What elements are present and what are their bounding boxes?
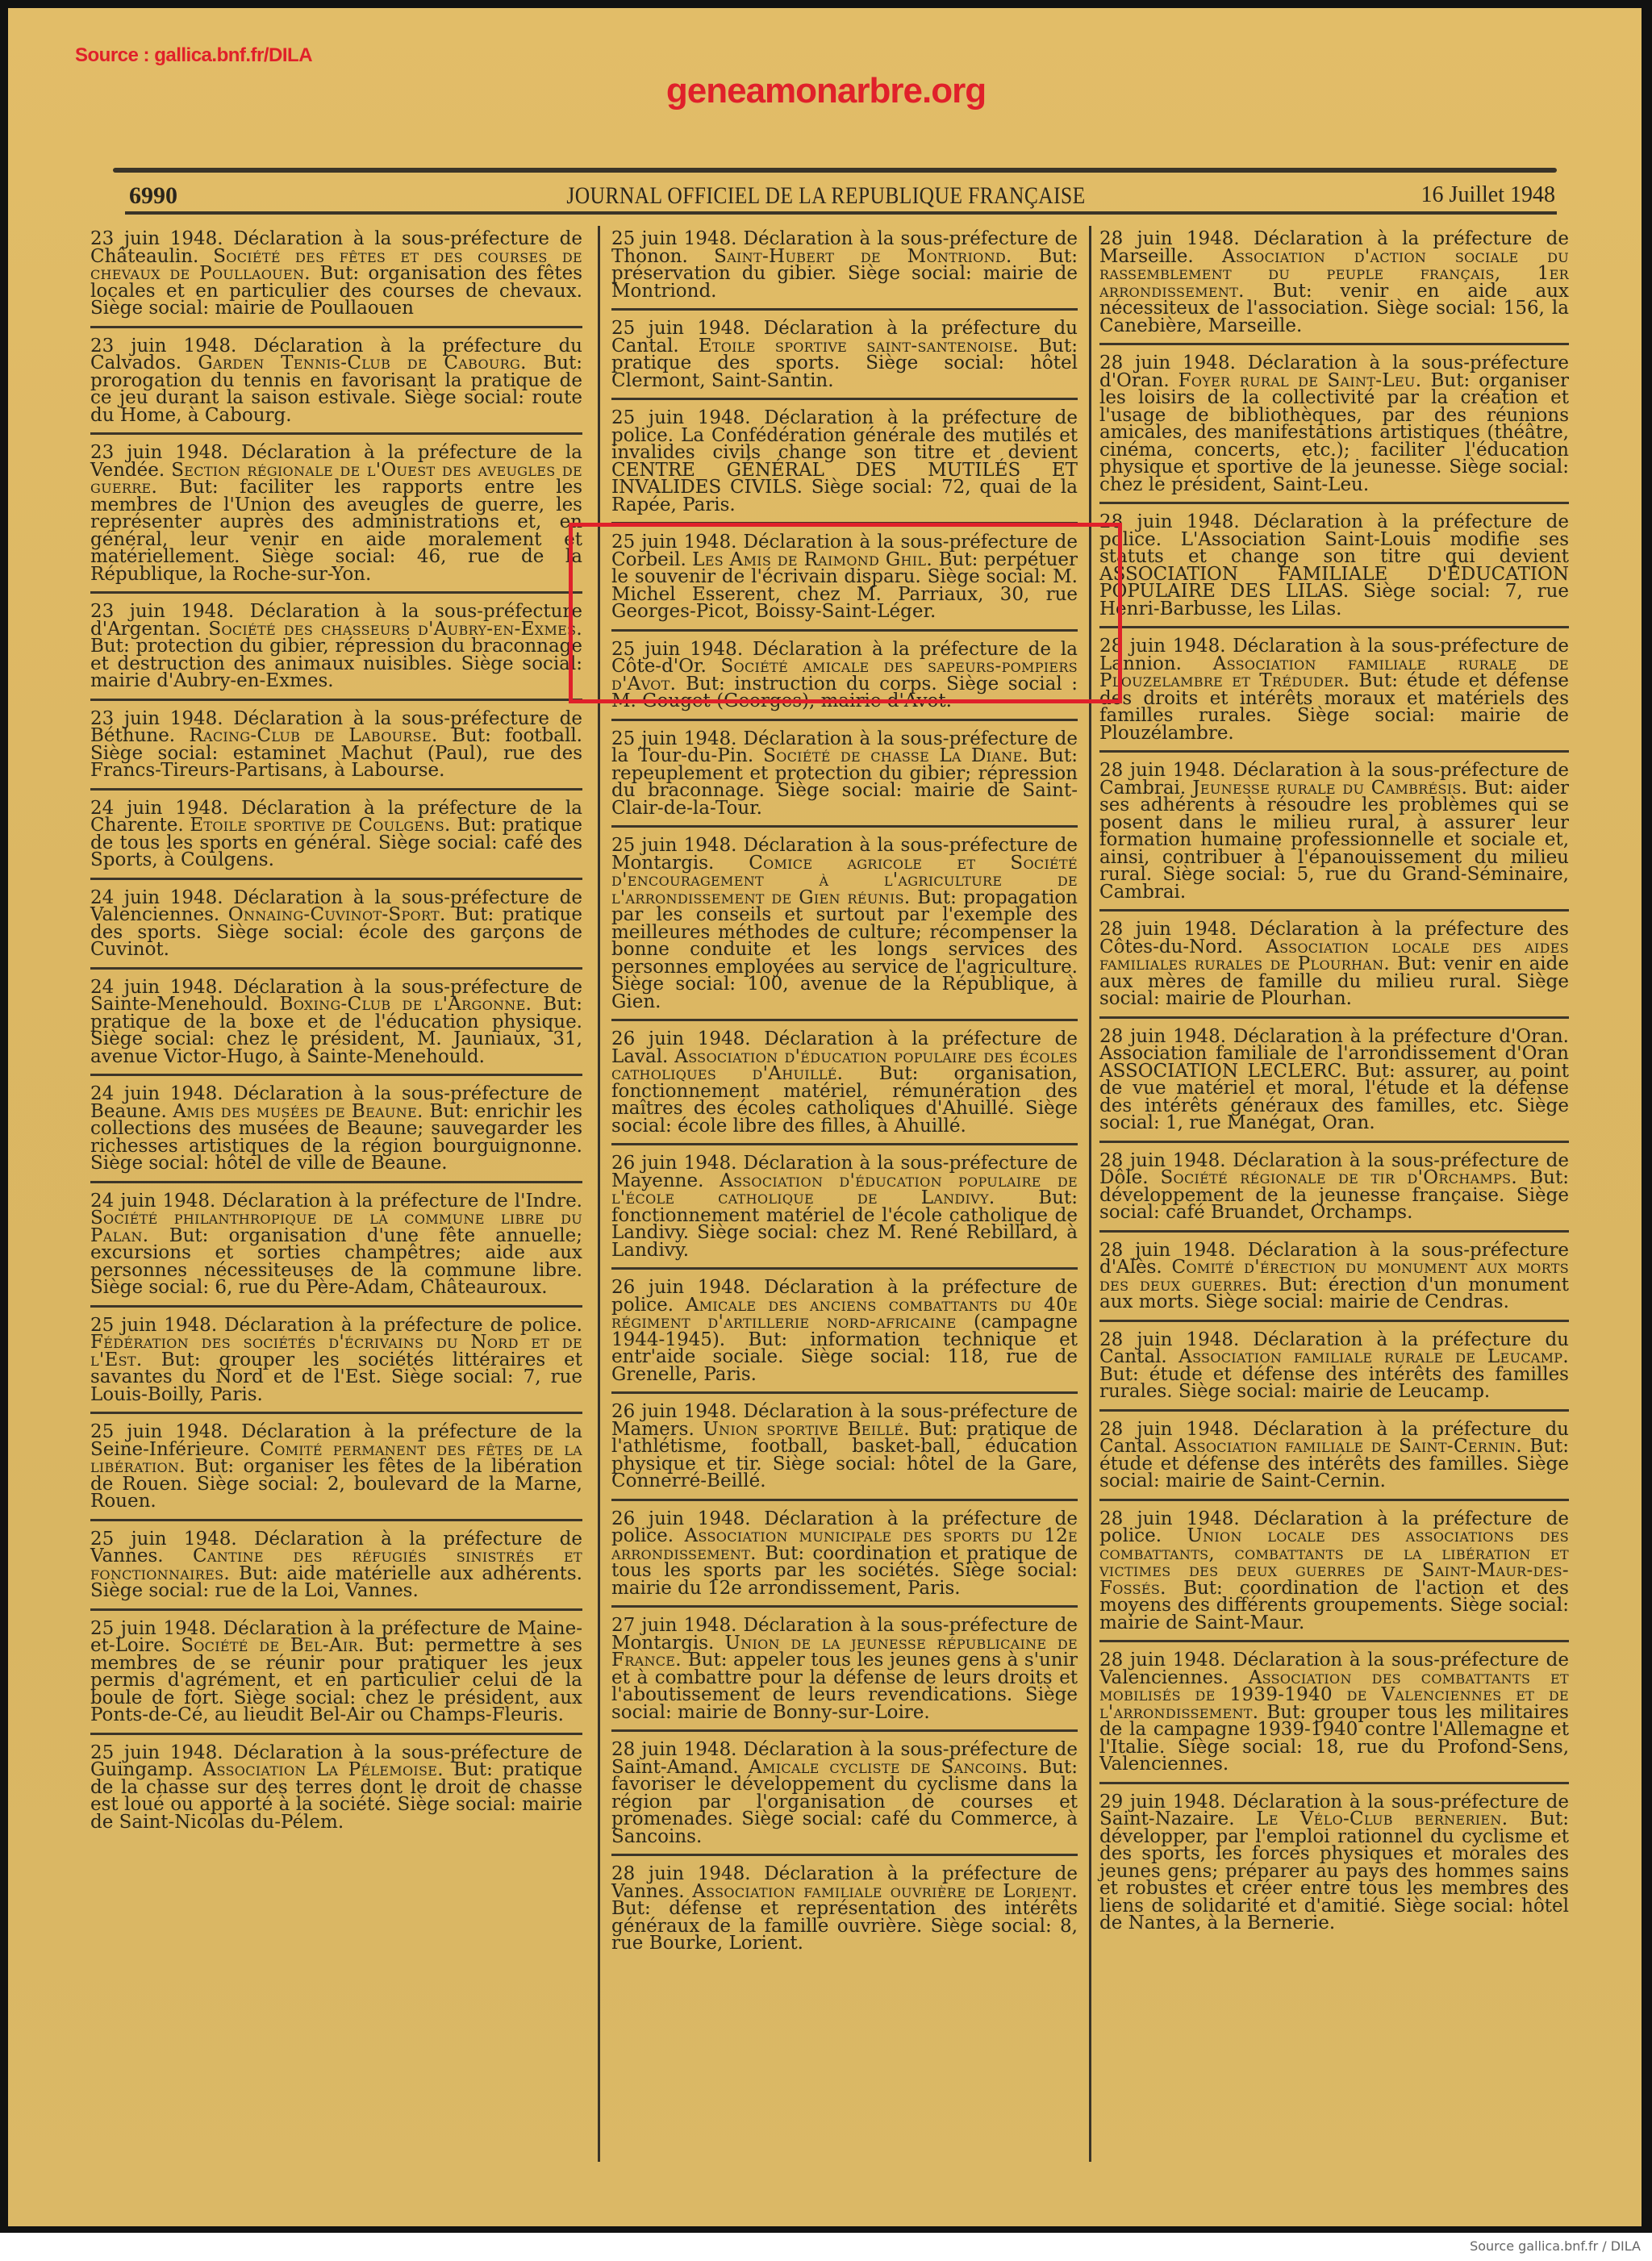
association-entry: 23 juin 1948. Déclaration à la préfectur… — [90, 335, 582, 436]
column-3: 28 juin 1948. Déclaration à la préfectur… — [1099, 227, 1569, 1947]
association-entry: 26 juin 1948. Déclaration à la sous-préf… — [611, 1400, 1078, 1501]
footer-credit: Source gallica.bnf.fr / DILA — [1470, 2238, 1641, 2254]
entry-purpose-and-seat: But: protection du gibier, répression du… — [90, 636, 582, 691]
association-entry: 28 juin 1948. Déclaration à la sous-préf… — [1099, 759, 1569, 911]
association-entry: 28 juin 1948. Déclaration à la sous-préf… — [1099, 1649, 1569, 1784]
association-entry: 28 juin 1948. Déclaration à la préfectur… — [1099, 1329, 1569, 1412]
highlight-box — [569, 523, 1122, 703]
entry-purpose-and-seat: But: grouper les sociétés littéraires et… — [90, 1350, 582, 1405]
association-entry: 28 juin 1948. Déclaration à la sous-préf… — [1099, 1239, 1569, 1322]
association-entry: 25 juin 1948. Déclaration à la sous-préf… — [611, 728, 1078, 828]
association-entry: 24 juin 1948. Déclaration à la sous-préf… — [90, 886, 582, 970]
association-entry: 24 juin 1948. Déclaration à la préfectur… — [90, 797, 582, 880]
entry-purpose-and-seat: But: étude et défense des intérêts des f… — [1099, 1364, 1569, 1403]
association-entry: 25 juin 1948. Déclaration à la préfectur… — [90, 1420, 582, 1521]
association-entry: 25 juin 1948. Déclaration à la préfectur… — [611, 407, 1078, 524]
association-entry: 25 juin 1948. Déclaration à la préfectur… — [611, 317, 1078, 400]
column-2: 25 juin 1948. Déclaration à la sous-préf… — [611, 227, 1078, 1967]
association-entry: 28 juin 1948. Déclaration à la sous-préf… — [1099, 1149, 1569, 1233]
association-entry: 23 juin 1948. Déclaration à la sous-préf… — [90, 707, 582, 791]
header-rule-top — [113, 168, 1557, 173]
association-entry: 26 juin 1948. Déclaration à la préfectur… — [611, 1028, 1078, 1145]
issue-date: 16 Juillet 1948 — [1421, 182, 1555, 208]
association-entry: 28 juin 1948. Déclaration à la préfectur… — [611, 1863, 1078, 1961]
association-entry: 25 juin 1948. Déclaration à la préfectur… — [90, 1314, 582, 1415]
watermark-source: Source : gallica.bnf.fr/DILA — [75, 44, 312, 67]
association-entry: 29 juin 1948. Déclaration à la sous-préf… — [1099, 1791, 1569, 1941]
association-entry: 25 juin 1948. Déclaration à la sous-préf… — [611, 834, 1078, 1021]
association-entry: 28 juin 1948. Déclaration à la sous-préf… — [1099, 352, 1569, 504]
association-entry: 28 juin 1948. Déclaration à la sous-préf… — [611, 1738, 1078, 1856]
association-entry: 25 juin 1948. Déclaration à la préfectur… — [90, 1617, 582, 1735]
association-entry: 28 juin 1948. Déclaration à la préfectur… — [1099, 1418, 1569, 1501]
association-entry: 23 juin 1948. Déclaration à la sous-préf… — [90, 600, 582, 701]
column-divider — [598, 226, 600, 2162]
association-entry: 24 juin 1948. Déclaration à la préfectur… — [90, 1190, 582, 1308]
association-entry: 24 juin 1948. Déclaration à la sous-préf… — [90, 1083, 582, 1183]
entry-purpose-and-seat: But: aider ses adhérents à résoudre les … — [1099, 778, 1569, 903]
association-entry: 28 juin 1948. Déclaration à la sous-préf… — [1099, 635, 1569, 753]
association-entry: 25 juin 1948. Déclaration à la préfectur… — [90, 1528, 582, 1611]
association-entry: 28 juin 1948. Déclaration à la préfectur… — [1099, 511, 1569, 628]
entry-purpose-and-seat: La Confédération générale des mutilés et… — [611, 425, 1078, 515]
association-entry: 28 juin 1948. Déclaration à la préfectur… — [1099, 1025, 1569, 1143]
entry-purpose-and-seat: Association familiale de l'arrondissemen… — [1099, 1043, 1569, 1133]
association-entry: 26 juin 1948. Déclaration à la sous-préf… — [611, 1152, 1078, 1270]
association-entry: 28 juin 1948. Déclaration à la préfectur… — [1099, 227, 1569, 345]
association-entry: 25 juin 1948. Déclaration à la sous-préf… — [611, 227, 1078, 311]
association-entry: 28 juin 1948. Déclaration à la préfectur… — [1099, 918, 1569, 1019]
column-divider — [1089, 226, 1091, 2162]
association-entry: 26 juin 1948. Déclaration à la préfectur… — [611, 1508, 1078, 1608]
association-entry: 27 juin 1948. Déclaration à la sous-préf… — [611, 1614, 1078, 1732]
journal-title: JOURNAL OFFICIEL DE LA REPUBLIQUE FRANÇA… — [124, 182, 1529, 210]
entry-purpose-and-seat: But: défense et représentation des intér… — [611, 1898, 1078, 1954]
entry-purpose-and-seat: But: organiser les loisirs de la collect… — [1099, 370, 1569, 495]
association-entry: 23 juin 1948. Déclaration à la préfectur… — [90, 441, 582, 594]
entry-purpose-and-seat: But: propagation par les conseils et sur… — [611, 887, 1078, 1012]
watermark-site: geneamonarbre.org — [0, 71, 1652, 111]
entry-purpose-and-seat: But: développer, par l'emploi rationnel … — [1099, 1808, 1569, 1934]
association-entry: 26 juin 1948. Déclaration à la préfectur… — [611, 1276, 1078, 1394]
association-entry: 28 juin 1948. Déclaration à la préfectur… — [1099, 1508, 1569, 1643]
association-entry: 25 juin 1948. Déclaration à la sous-préf… — [90, 1742, 582, 1840]
association-entry: 23 juin 1948. Déclaration à la sous-préf… — [90, 227, 582, 328]
column-1: 23 juin 1948. Déclaration à la sous-préf… — [90, 227, 582, 1846]
header-rule-bottom — [125, 211, 1557, 215]
association-entry: 24 juin 1948. Déclaration à la sous-préf… — [90, 976, 582, 1077]
